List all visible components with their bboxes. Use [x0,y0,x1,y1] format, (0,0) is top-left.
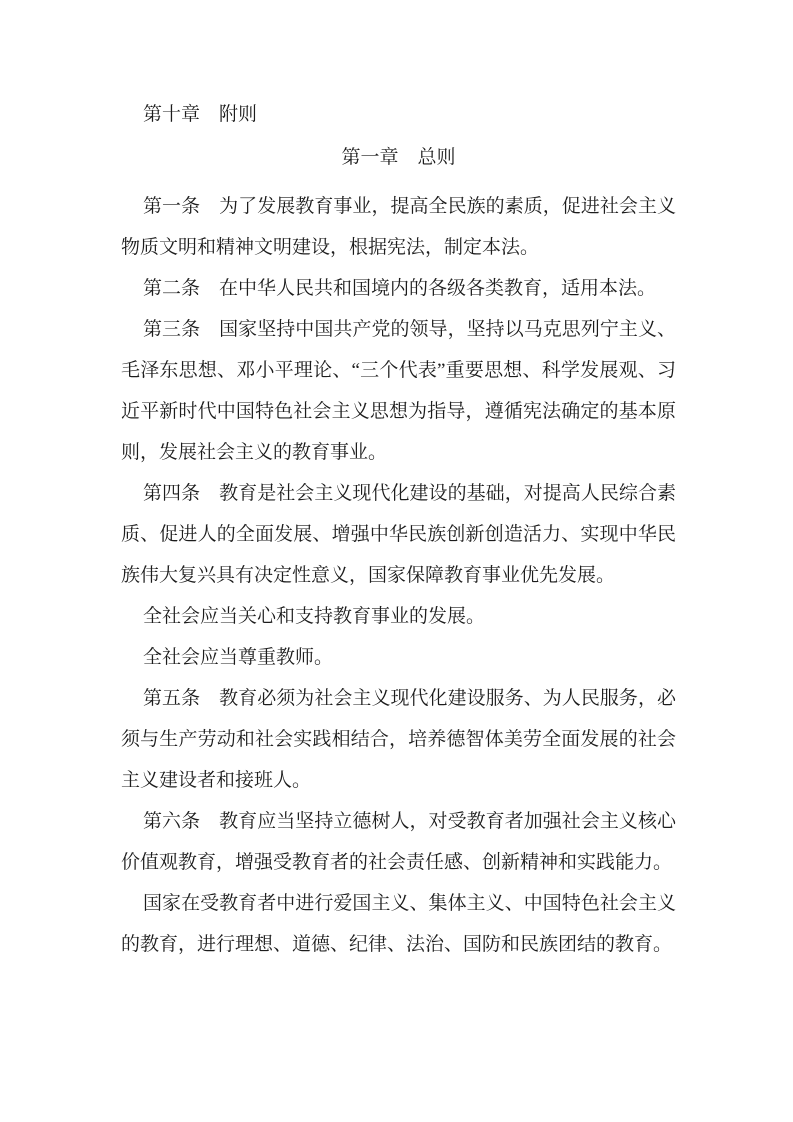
document-content: 第十章 附则 第一章 总则 第一条 为了发展教育事业，提高全民族的素质，促进社会… [121,94,676,965]
article-5-paragraph: 第五条 教育必须为社会主义现代化建设服务、为人民服务，必须与生产劳动和社会实践相… [121,678,676,801]
article-6-paragraph-2: 国家在受教育者中进行爱国主义、集体主义、中国特色社会主义的教育，进行理想、道德、… [121,883,676,965]
article-4-paragraph-2: 全社会应当关心和支持教育事业的发展。 [121,596,676,637]
article-2-paragraph: 第二条 在中华人民共和国境内的各级各类教育，适用本法。 [121,268,676,309]
article-4-paragraph: 第四条 教育是社会主义现代化建设的基础，对提高人民综合素质、促进人的全面发展、增… [121,473,676,596]
chapter-1-heading: 第一章 总则 [121,137,676,178]
chapter-10-heading: 第十章 附则 [121,94,676,135]
document-page: 第十章 附则 第一章 总则 第一条 为了发展教育事业，提高全民族的素质，促进社会… [0,0,793,1122]
article-3-paragraph: 第三条 国家坚持中国共产党的领导，坚持以马克思列宁主义、毛泽东思想、邓小平理论、… [121,309,676,473]
article-4-paragraph-3: 全社会应当尊重教师。 [121,637,676,678]
article-1-paragraph: 第一条 为了发展教育事业，提高全民族的素质，促进社会主义物质文明和精神文明建设，… [121,186,676,268]
article-6-paragraph: 第六条 教育应当坚持立德树人，对受教育者加强社会主义核心价值观教育，增强受教育者… [121,801,676,883]
